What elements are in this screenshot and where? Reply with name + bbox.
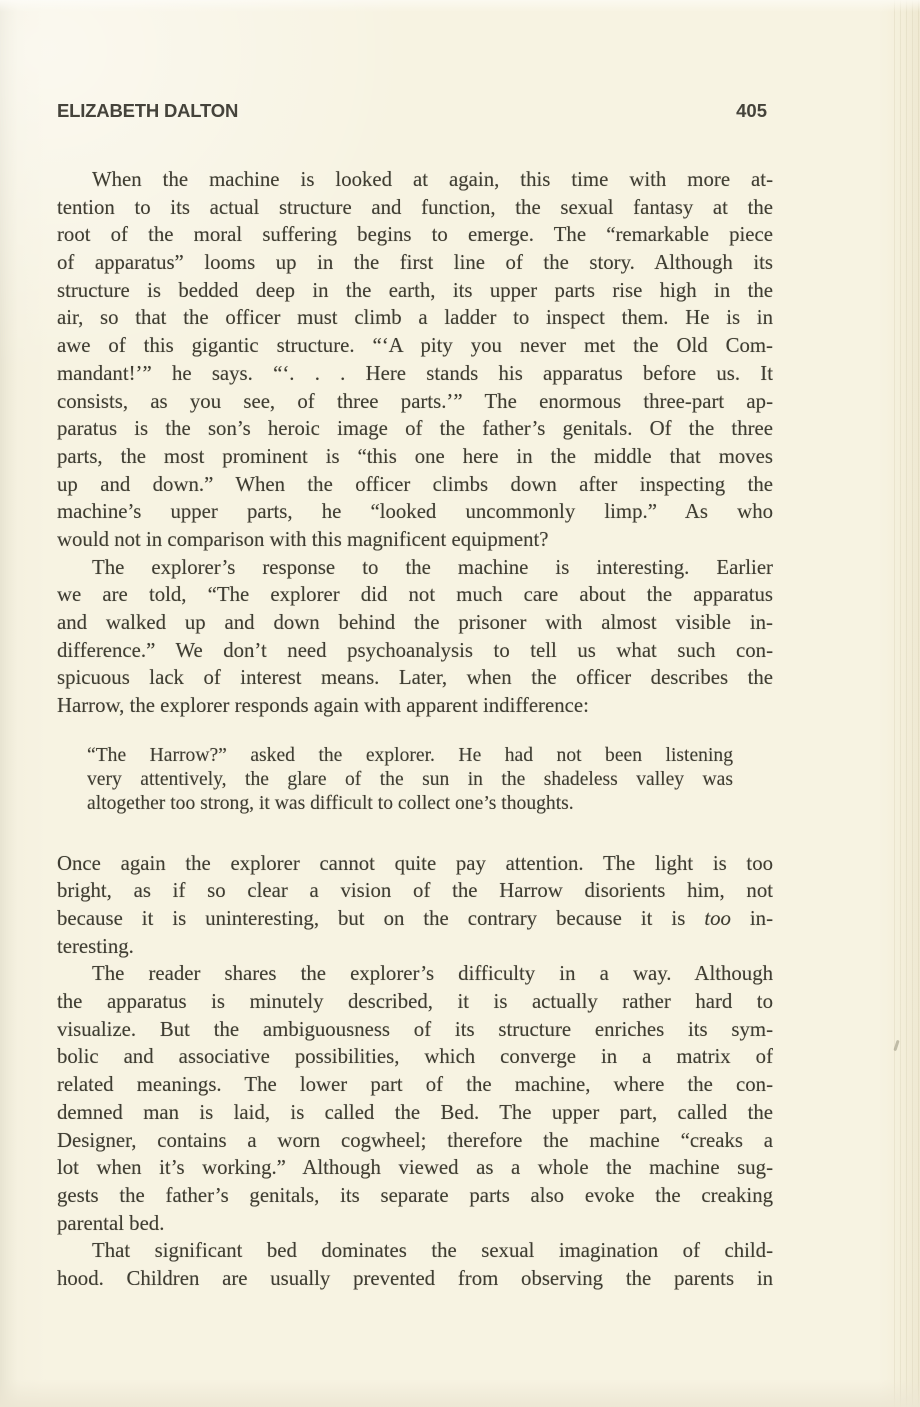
text-line: awe of this gigantic structure. “‘A pity… (57, 332, 773, 360)
text-line: gests the father’s genitals, its separat… (57, 1182, 773, 1210)
text-line: When the machine is looked at again, thi… (57, 166, 773, 194)
paragraph: The reader shares the explorer’s difficu… (57, 960, 773, 1237)
text-line: Once again the explorer cannot quite pay… (57, 850, 773, 878)
page-number: 405 (736, 100, 773, 122)
text-line: consists, as you see, of three parts.’” … (57, 388, 773, 416)
text-line: air, so that the officer must climb a la… (57, 304, 773, 332)
page-edge-streaks (894, 0, 920, 1407)
text-line: mandant!’” he says. “‘. . . Here stands … (57, 360, 773, 388)
text-line: paratus is the son’s heroic image of the… (57, 415, 773, 443)
text-line: bolic and associative possibilities, whi… (57, 1043, 773, 1071)
text-line: very attentively, the glare of the sun i… (87, 768, 733, 792)
text-line: lot when it’s working.” Although viewed … (57, 1154, 773, 1182)
text-line: altogether too strong, it was difficult … (87, 792, 733, 816)
text-line: of apparatus” looms up in the first line… (57, 249, 773, 277)
text-line: teresting. (57, 933, 773, 961)
text-line: spicuous lack of interest means. Later, … (57, 664, 773, 692)
paragraph: The explorer’s response to the machine i… (57, 554, 773, 720)
scanned-page: ELIZABETH DALTON 405 When the machine is… (0, 0, 920, 1407)
running-header: ELIZABETH DALTON 405 (57, 100, 773, 122)
text-line: The explorer’s response to the machine i… (57, 554, 773, 582)
text-line: “The Harrow?” asked the explorer. He had… (87, 744, 733, 768)
text-line: because it is uninteresting, but on the … (57, 905, 773, 933)
text-line: That significant bed dominates the sexua… (57, 1237, 773, 1265)
paragraph: That significant bed dominates the sexua… (57, 1237, 773, 1292)
block-quote: “The Harrow?” asked the explorer. He had… (87, 744, 733, 817)
text-line: machine’s upper parts, he “looked uncomm… (57, 498, 773, 526)
paragraph: When the machine is looked at again, thi… (57, 166, 773, 554)
text-line: and walked up and down behind the prison… (57, 609, 773, 637)
text-line: parental bed. (57, 1210, 773, 1238)
text-line: difference.” We don’t need psychoanalysi… (57, 637, 773, 665)
text-line: hood. Children are usually prevented fro… (57, 1265, 773, 1293)
text-line: The reader shares the explorer’s difficu… (57, 960, 773, 988)
text-line: demned man is laid, is called the Bed. T… (57, 1099, 773, 1127)
text-line: tention to its actual structure and func… (57, 194, 773, 222)
running-header-author: ELIZABETH DALTON (57, 100, 238, 122)
page-body: When the machine is looked at again, thi… (57, 166, 773, 1293)
text-line: the apparatus is minutely described, it … (57, 988, 773, 1016)
text-line: parts, the most prominent is “this one h… (57, 443, 773, 471)
text-line: we are told, “The explorer did not much … (57, 581, 773, 609)
page-edge-shading-bottom (0, 1379, 920, 1407)
text-line: Harrow, the explorer responds again with… (57, 692, 773, 720)
text-line: related meanings. The lower part of the … (57, 1071, 773, 1099)
text-line: would not in comparison with this magnif… (57, 526, 773, 554)
text-line: Designer, contains a worn cogwheel; ther… (57, 1127, 773, 1155)
text-line: bright, as if so clear a vision of the H… (57, 877, 773, 905)
text-line: up and down.” When the officer climbs do… (57, 471, 773, 499)
text-line: structure is bedded deep in the earth, i… (57, 277, 773, 305)
text-line: root of the moral suffering begins to em… (57, 221, 773, 249)
paragraph: Once again the explorer cannot quite pay… (57, 850, 773, 961)
text-line: visualize. But the ambiguousness of its … (57, 1016, 773, 1044)
